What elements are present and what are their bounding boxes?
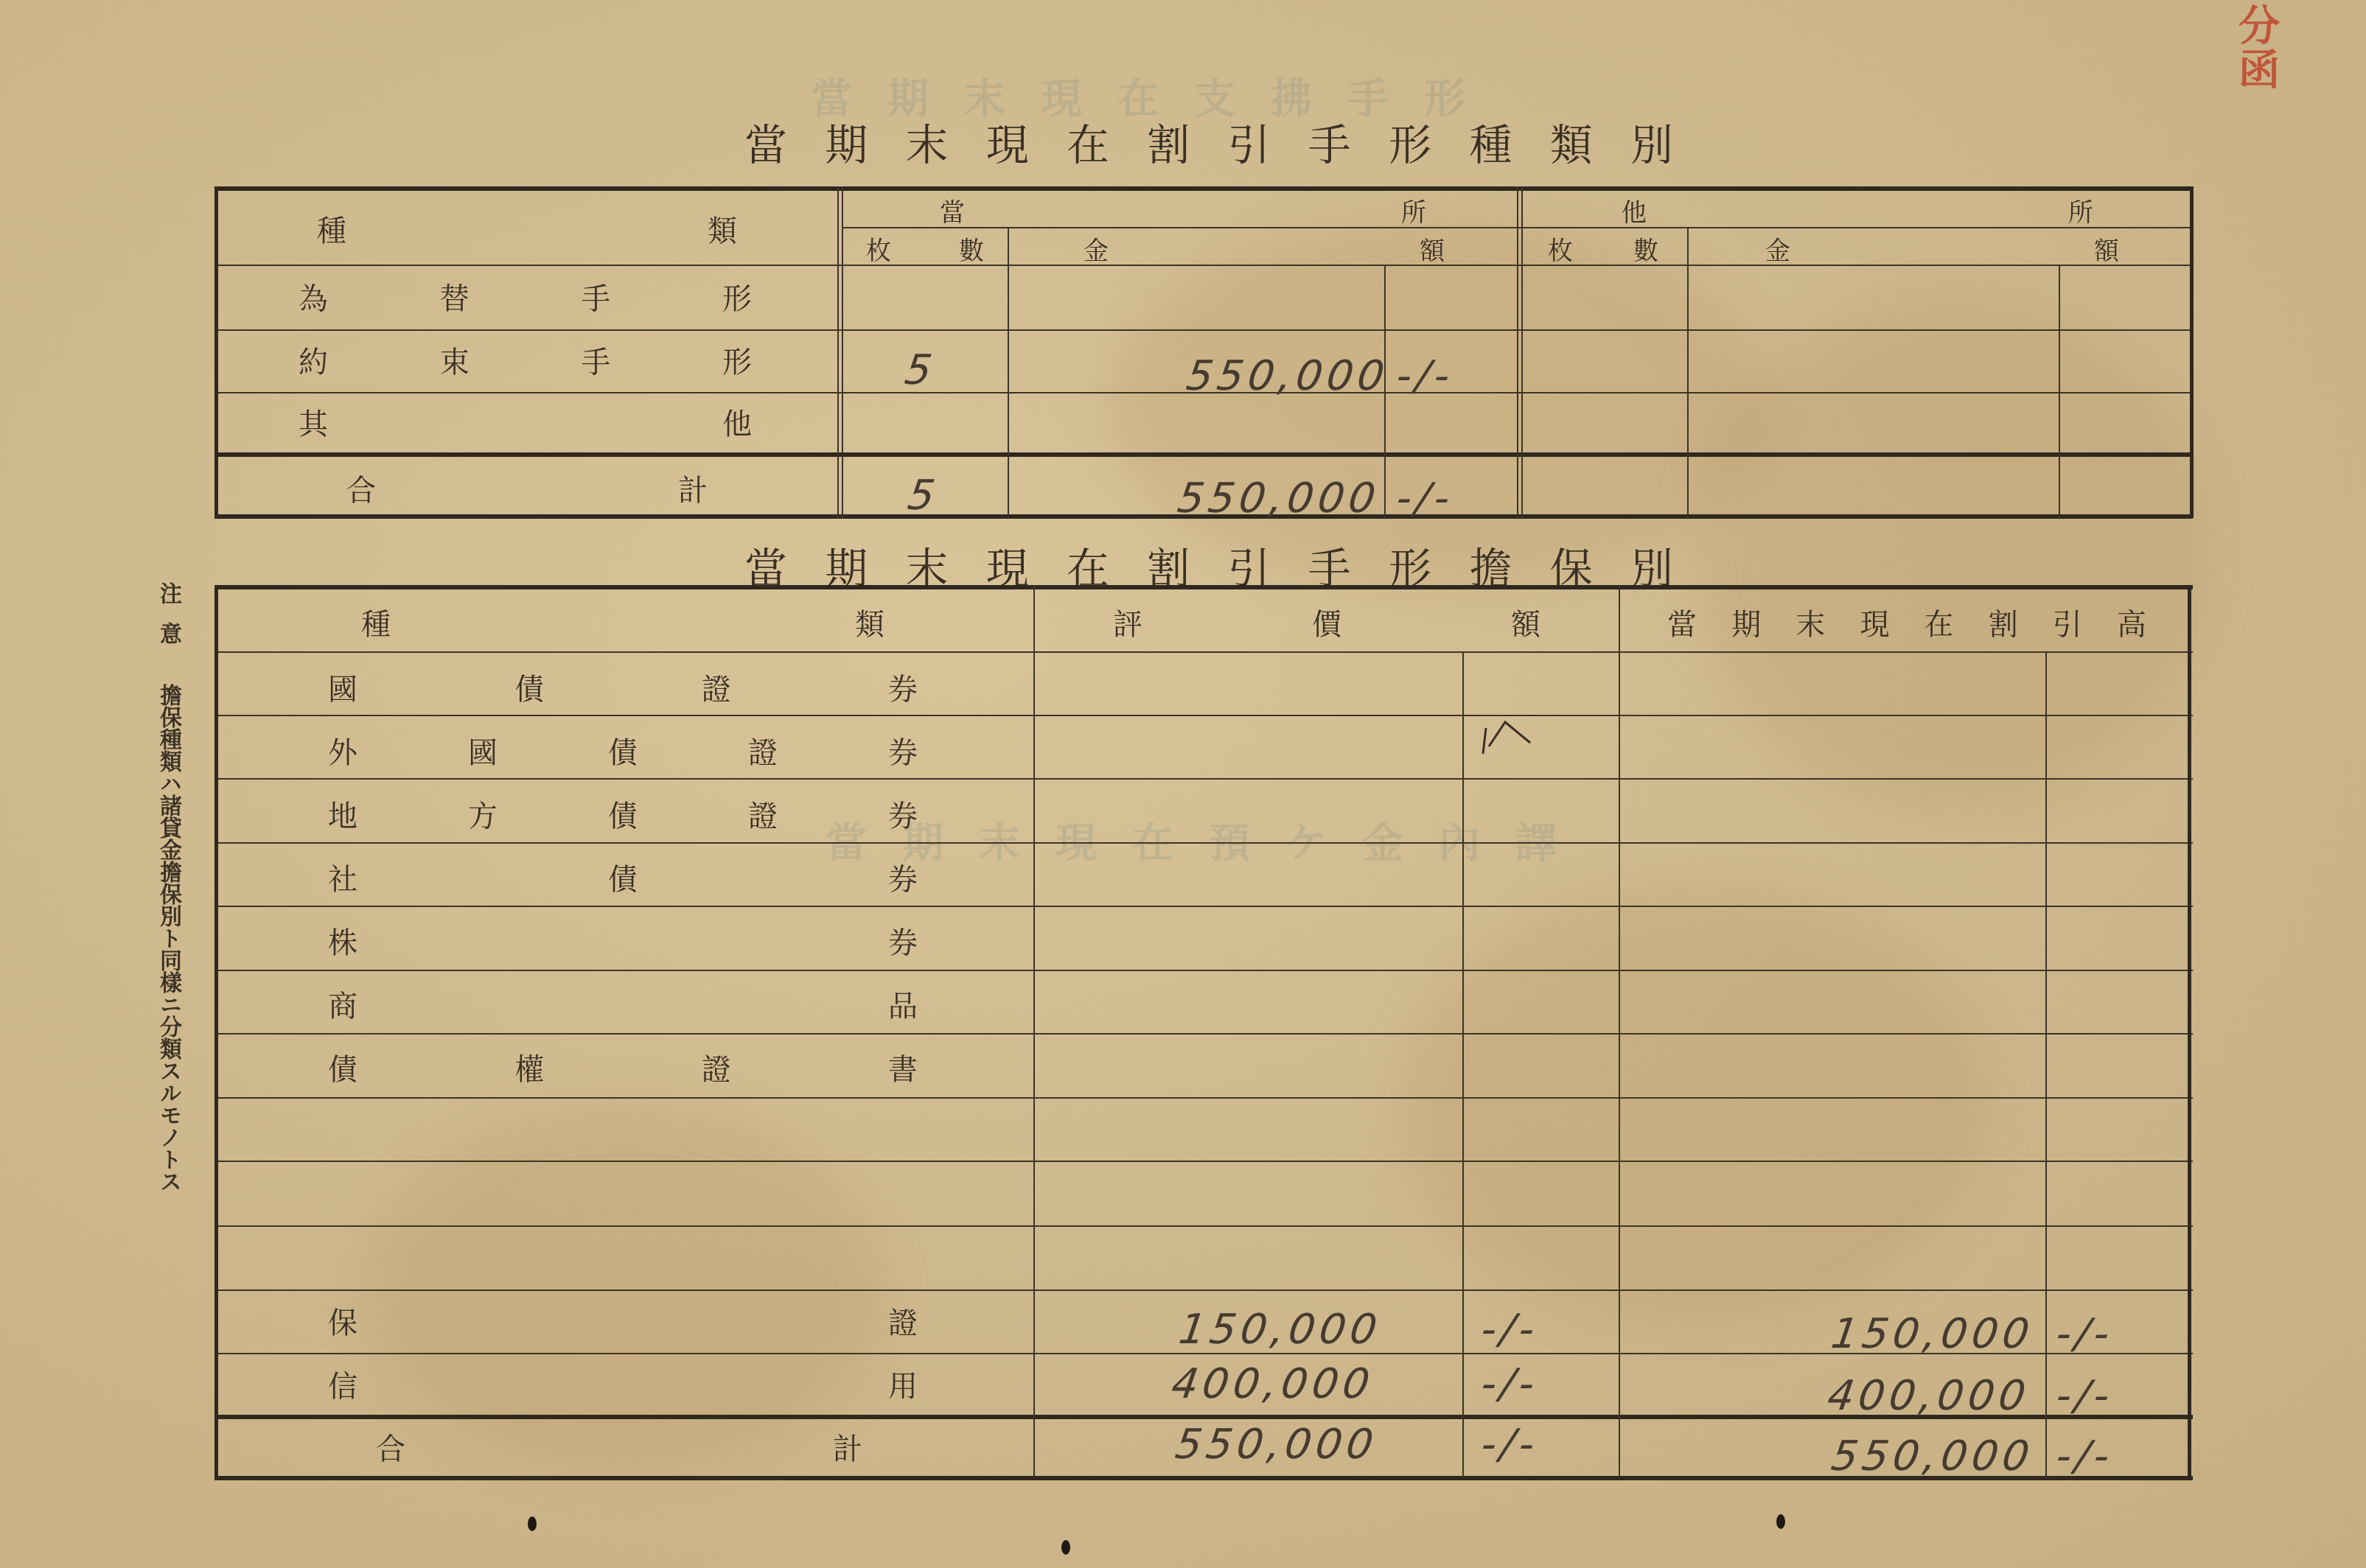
outstanding-cell: 400,000 (1824, 1372, 2033, 1420)
outstanding-fraction-cell: -/- (2053, 1310, 2116, 1358)
header-other-count: 枚數 (1548, 233, 1658, 264)
total-outstanding: 550,000 (1828, 1432, 2037, 1480)
outstanding-cell: 150,000 (1828, 1310, 2037, 1358)
valuation-cell: 400,000 (1168, 1360, 1377, 1408)
header-own-amount: 金額 (1083, 233, 1445, 264)
binding-hole (1776, 1514, 1785, 1529)
own-count-cell: 5 (901, 346, 939, 394)
header-own-count: 枚數 (866, 233, 984, 264)
valuation-fraction-cell: -/- (1478, 1360, 1541, 1408)
row-category: 地方債證券 (328, 793, 918, 834)
row-category: 約束手形 (299, 337, 752, 382)
check-mark-icon (1479, 713, 1552, 757)
total-own-count: 5 (904, 472, 942, 519)
red-seal-stamp: 分函 (2219, 4, 2300, 114)
header-outstanding: 當期末現在割引高 (1667, 600, 2146, 644)
paper-stain (1695, 295, 2211, 811)
total-valuation-fraction: -/- (1478, 1421, 1541, 1469)
paper-stain (1400, 884, 1990, 1326)
total-label: 合計 (376, 1426, 862, 1467)
total-label: 合計 (346, 466, 708, 510)
header-other-amount: 金額 (1765, 233, 2119, 264)
binding-hole (528, 1516, 537, 1531)
row-category: 為替手形 (299, 274, 752, 318)
row-category: 社債券 (328, 856, 918, 897)
header-category: 種類 (361, 600, 884, 644)
row-category: 信用 (328, 1363, 918, 1404)
own-fraction-cell: -/- (1393, 352, 1456, 400)
row-category: 其他 (299, 399, 752, 444)
valuation-fraction-cell: -/- (1478, 1306, 1541, 1354)
total-outstanding-fraction: -/- (2053, 1432, 2116, 1480)
total-own-fraction: -/- (1393, 475, 1456, 522)
header-group-own: 當所 (940, 193, 1426, 227)
total-valuation: 550,000 (1172, 1421, 1381, 1469)
header-group-other: 他所 (1622, 193, 2093, 227)
side-note-label: 注意 (156, 582, 181, 662)
total-own-amount: 550,000 (1174, 475, 1383, 522)
side-note: 注意擔保種類ハ諸貸金擔保別ト同樣ニ分類スルモノトス (151, 582, 181, 1192)
bleed-through-text: 當期末現在預ケ金內譯 (826, 811, 1592, 869)
row-category: 保證 (328, 1300, 918, 1341)
own-amount-cell: 550,000 (1183, 352, 1392, 400)
header-valuation: 評價額 (1113, 600, 1540, 644)
binding-hole (1061, 1540, 1070, 1555)
row-category: 債權證書 (328, 1046, 918, 1088)
valuation-cell: 150,000 (1176, 1306, 1384, 1354)
header-category: 種類 (317, 206, 737, 251)
row-category: 外國債證券 (328, 729, 918, 771)
row-category: 株券 (328, 920, 918, 961)
table-by-type-title: 當期末現在割引手形種類別 (744, 111, 1673, 172)
row-category: 國債證券 (328, 666, 918, 707)
row-category: 商品 (328, 983, 918, 1024)
outstanding-fraction-cell: -/- (2053, 1372, 2116, 1420)
side-note-text: 擔保種類ハ諸貸金擔保別ト同樣ニ分類スルモノトス (156, 684, 181, 1192)
